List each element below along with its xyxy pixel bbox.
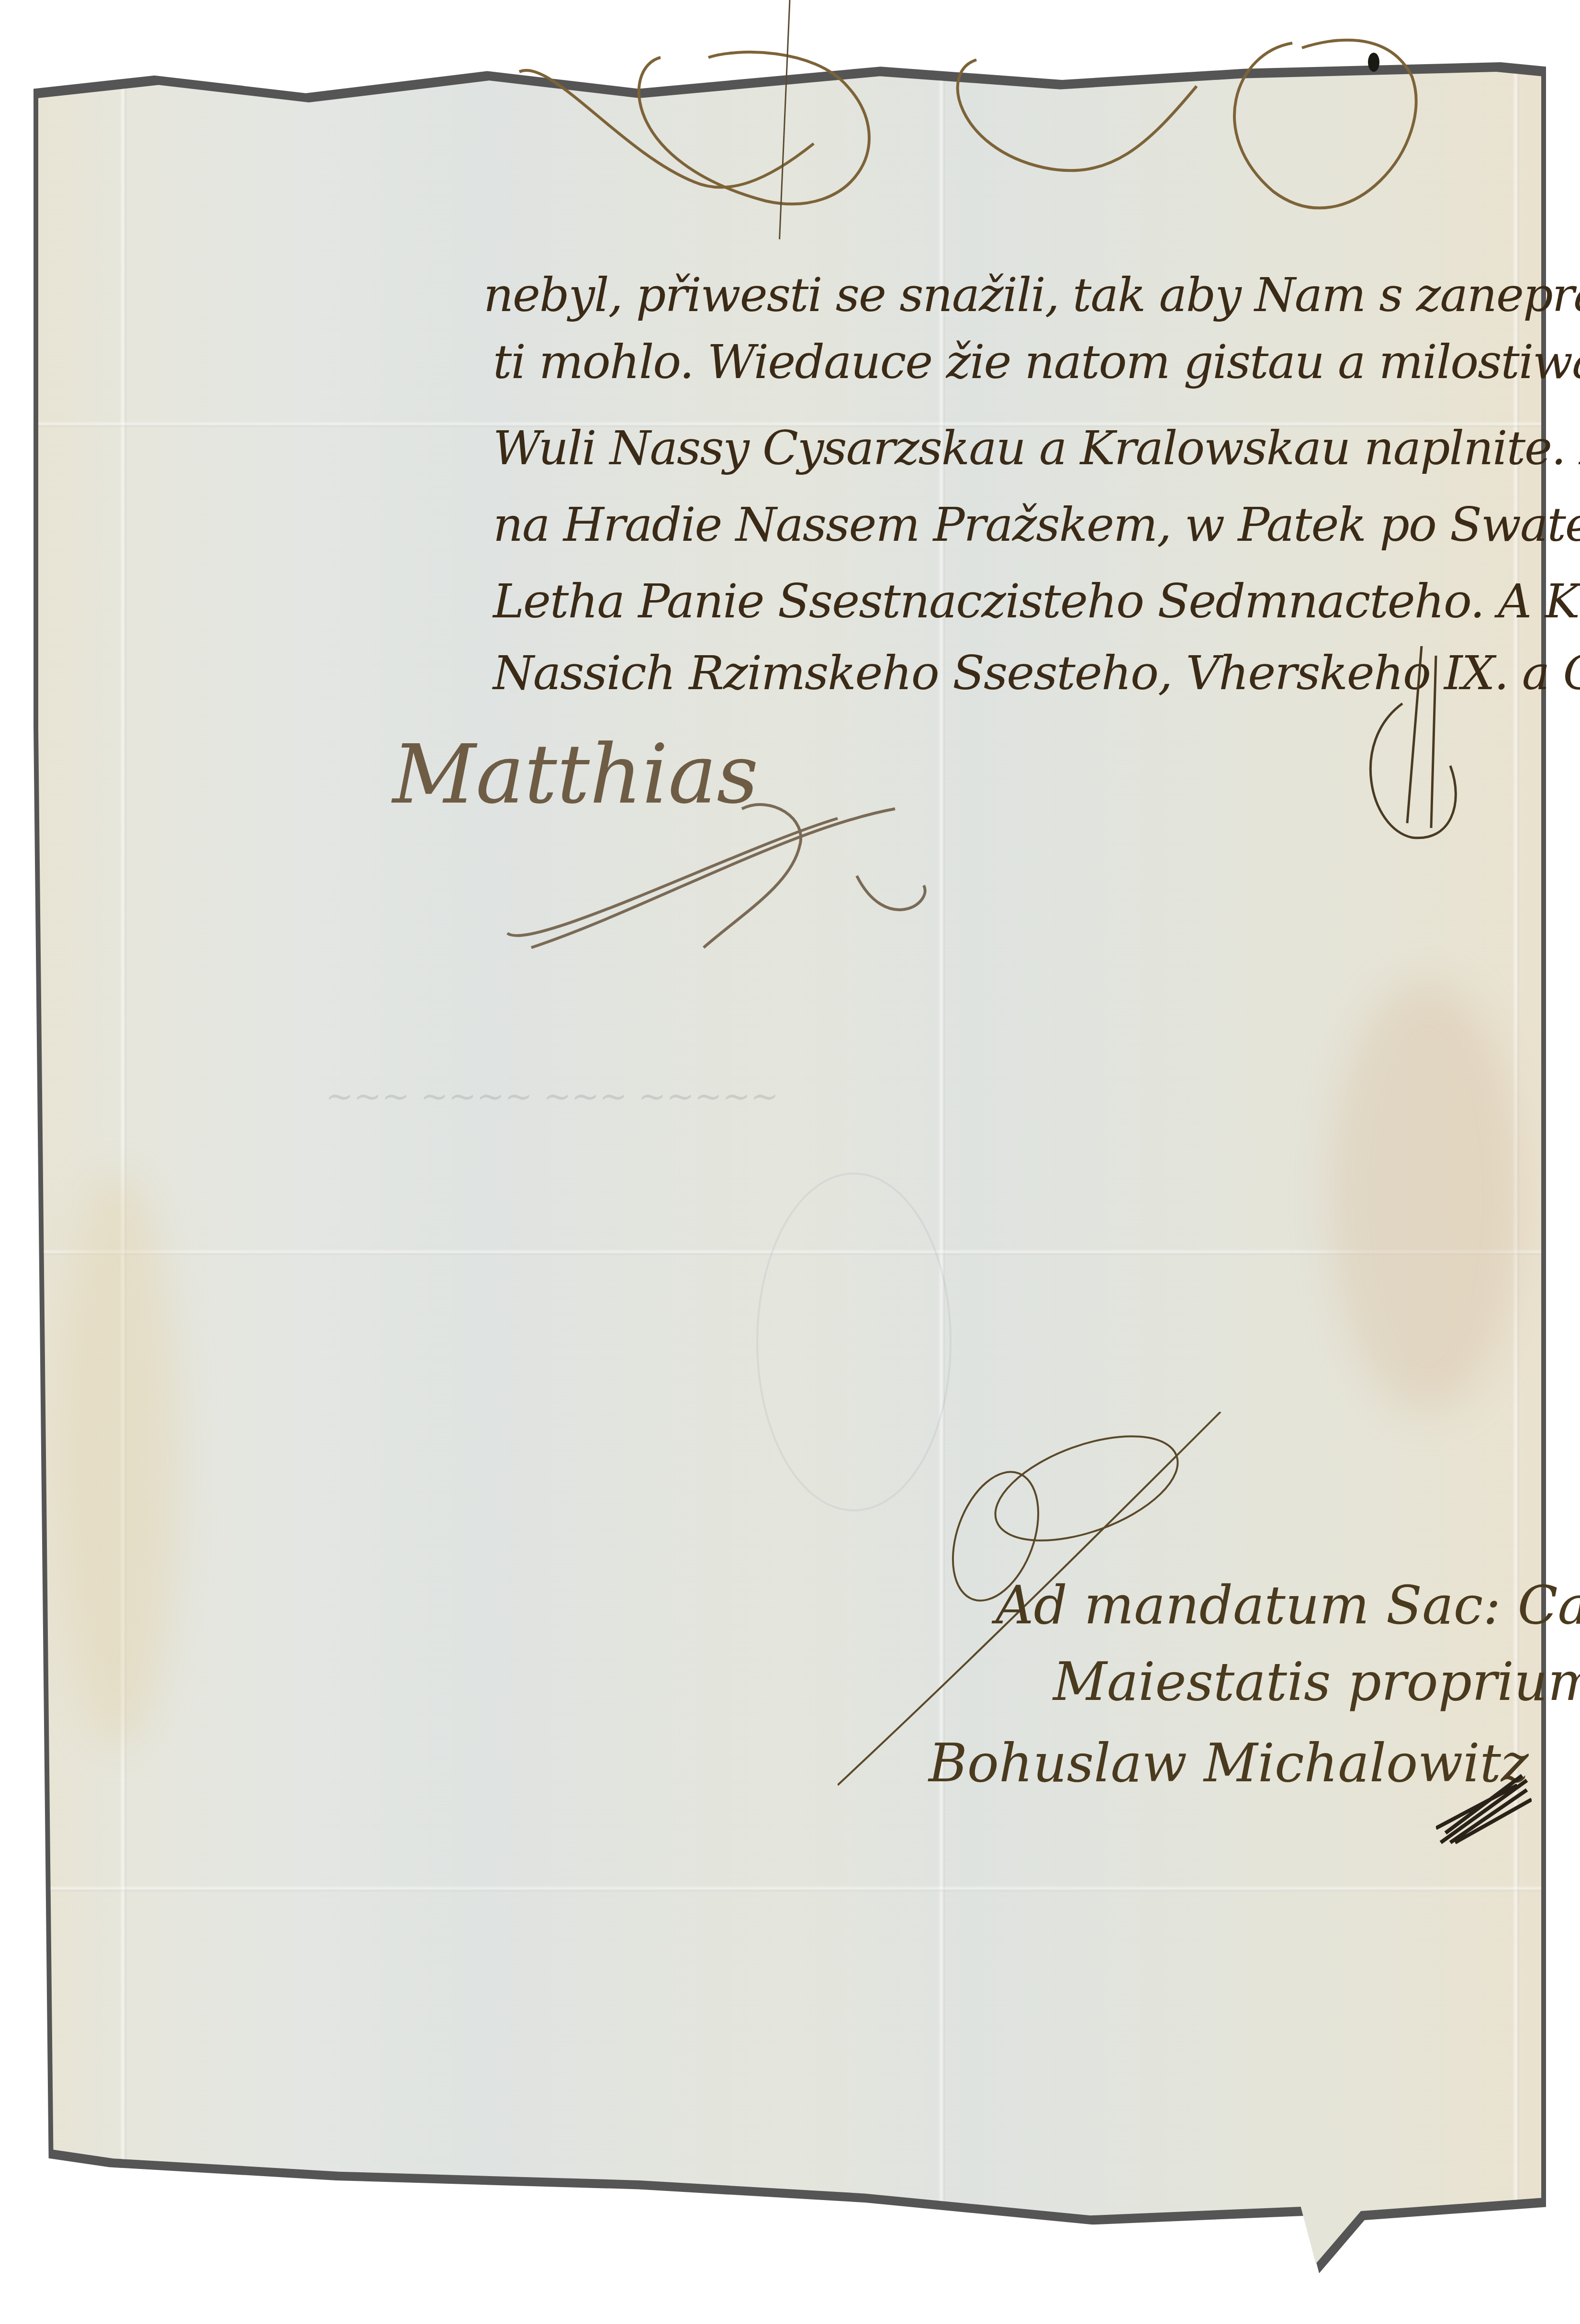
countersignature-line: Maiestatis proprium [1053, 1651, 1580, 1712]
ink-scribble [1436, 1771, 1532, 1847]
letter-body-line: na Hradie Nassem Pražskem, w Patek po Sw… [493, 498, 1580, 552]
bleed-through-text: ~~~ ~~~~ ~~~ ~~~~~ [325, 1077, 779, 1116]
letter-body-line: ti mohlo. Wiedauce žie natom gistau a mi… [493, 335, 1580, 390]
signature-flourish [503, 790, 933, 972]
stain [57, 1173, 177, 1747]
top-flourish-ornament [0, 0, 1580, 239]
fold-crease [38, 1886, 1541, 1891]
manuscript-page: ~~~ ~~~~ ~~~ ~~~~~ [38, 72, 1541, 2264]
fold-crease [120, 72, 126, 2264]
countersignature-line: Ad mandatum Sac: Cas: [996, 1575, 1580, 1636]
letter-body-line: Wuli Nassy Cysarzskau a Kralowskau napln… [493, 421, 1580, 476]
letter-body-line: Letha Panie Ssestnaczisteho Sedmnacteho.… [493, 574, 1580, 629]
fold-crease [938, 72, 945, 2264]
right-margin-flourish [1292, 646, 1484, 861]
letter-body-line: nebyl, přiwesti se snažili, tak aby Nam … [483, 268, 1580, 323]
stain [1331, 981, 1522, 1412]
